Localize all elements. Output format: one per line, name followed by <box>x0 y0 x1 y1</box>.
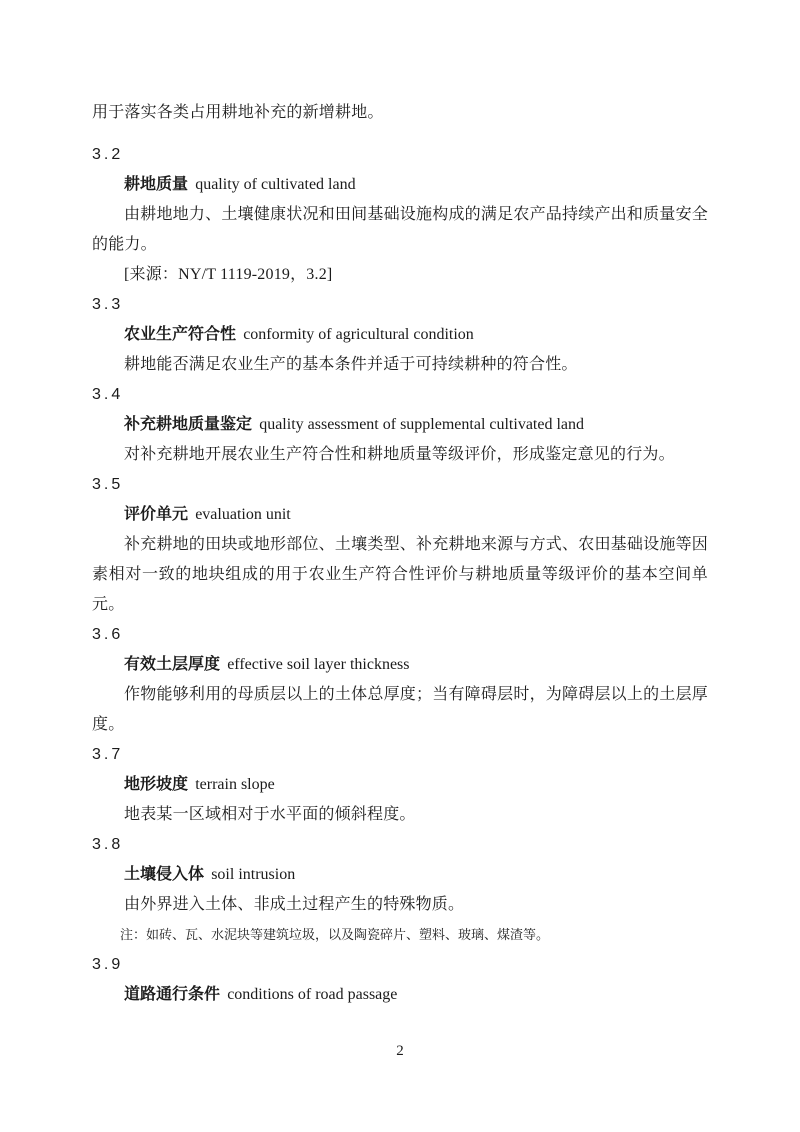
page-number: 2 <box>396 1043 404 1059</box>
clause-number: 3.9 <box>92 950 708 980</box>
term-line: 农业生产符合性conformity of agricultural condit… <box>92 320 708 350</box>
term-line: 评价单元evaluation unit <box>92 500 708 530</box>
definition-paragraph: 对补充耕地开展农业生产符合性和耕地质量等级评价，形成鉴定意见的行为。 <box>92 440 708 470</box>
definition-paragraph: 耕地能否满足农业生产的基本条件并适于可持续耕种的符合性。 <box>92 350 708 380</box>
clause-3-6: 3.6 有效土层厚度effective soil layer thickness… <box>92 620 708 740</box>
clause-number: 3.4 <box>92 380 708 410</box>
term-en: soil intrusion <box>211 866 295 883</box>
term-en: effective soil layer thickness <box>227 656 409 673</box>
term-line: 道路通行条件conditions of road passage <box>92 980 708 1010</box>
term-zh: 农业生产符合性 <box>124 326 236 343</box>
term-line: 补充耕地质量鉴定quality assessment of supplement… <box>92 410 708 440</box>
document-page: 用于落实各类占用耕地补充的新增耕地。 3.2 耕地质量quality of cu… <box>0 0 800 1132</box>
clause-number: 3.5 <box>92 470 708 500</box>
term-zh: 评价单元 <box>124 506 188 523</box>
clause-number: 3.6 <box>92 620 708 650</box>
term-en: conformity of agricultural condition <box>243 326 474 343</box>
page-footer: 2 <box>0 1036 800 1066</box>
clause-number: 3.8 <box>92 830 708 860</box>
clause-3-2: 3.2 耕地质量quality of cultivated land 由耕地地力… <box>92 140 708 290</box>
term-zh: 有效土层厚度 <box>124 656 220 673</box>
term-line: 地形坡度terrain slope <box>92 770 708 800</box>
definition-paragraph: 由外界进入土体、非成土过程产生的特殊物质。 <box>92 890 708 920</box>
definition-paragraph: 地表某一区域相对于水平面的倾斜程度。 <box>92 800 708 830</box>
term-zh: 补充耕地质量鉴定 <box>124 416 252 433</box>
source-reference: [来源：NY/T 1119-2019，3.2] <box>92 260 708 290</box>
term-en: conditions of road passage <box>227 986 397 1003</box>
paragraph-continuation: 用于落实各类占用耕地补充的新增耕地。 <box>92 98 708 128</box>
document-content: 用于落实各类占用耕地补充的新增耕地。 3.2 耕地质量quality of cu… <box>92 98 708 1010</box>
clause-3-7: 3.7 地形坡度terrain slope 地表某一区域相对于水平面的倾斜程度。 <box>92 740 708 830</box>
term-en: quality assessment of supplemental culti… <box>259 416 584 433</box>
clause-3-3: 3.3 农业生产符合性conformity of agricultural co… <box>92 290 708 380</box>
term-en: evaluation unit <box>195 506 291 523</box>
term-zh: 道路通行条件 <box>124 986 220 1003</box>
term-line: 有效土层厚度effective soil layer thickness <box>92 650 708 680</box>
clause-3-8: 3.8 土壤侵入体soil intrusion 由外界进入土体、非成土过程产生的… <box>92 830 708 950</box>
term-en: quality of cultivated land <box>195 176 355 193</box>
term-en: terrain slope <box>195 776 275 793</box>
clause-3-5: 3.5 评价单元evaluation unit 补充耕地的田块或地形部位、土壤类… <box>92 470 708 620</box>
clause-number: 3.2 <box>92 140 708 170</box>
clause-3-4: 3.4 补充耕地质量鉴定quality assessment of supple… <box>92 380 708 470</box>
term-zh: 耕地质量 <box>124 176 188 193</box>
definition-paragraph: 由耕地地力、土壤健康状况和田间基础设施构成的满足农产品持续产出和质量安全的能力。 <box>92 200 708 260</box>
term-line: 土壤侵入体soil intrusion <box>92 860 708 890</box>
definition-paragraph: 补充耕地的田块或地形部位、土壤类型、补充耕地来源与方式、农田基础设施等因素相对一… <box>92 530 708 620</box>
term-line: 耕地质量quality of cultivated land <box>92 170 708 200</box>
note-line: 注：如砖、瓦、水泥块等建筑垃圾，以及陶瓷碎片、塑料、玻璃、煤渣等。 <box>92 920 708 950</box>
term-zh: 地形坡度 <box>124 776 188 793</box>
clause-number: 3.7 <box>92 740 708 770</box>
term-zh: 土壤侵入体 <box>124 866 204 883</box>
definition-paragraph: 作物能够利用的母质层以上的土体总厚度；当有障碍层时，为障碍层以上的土层厚度。 <box>92 680 708 740</box>
clause-number: 3.3 <box>92 290 708 320</box>
clause-3-9: 3.9 道路通行条件conditions of road passage <box>92 950 708 1010</box>
